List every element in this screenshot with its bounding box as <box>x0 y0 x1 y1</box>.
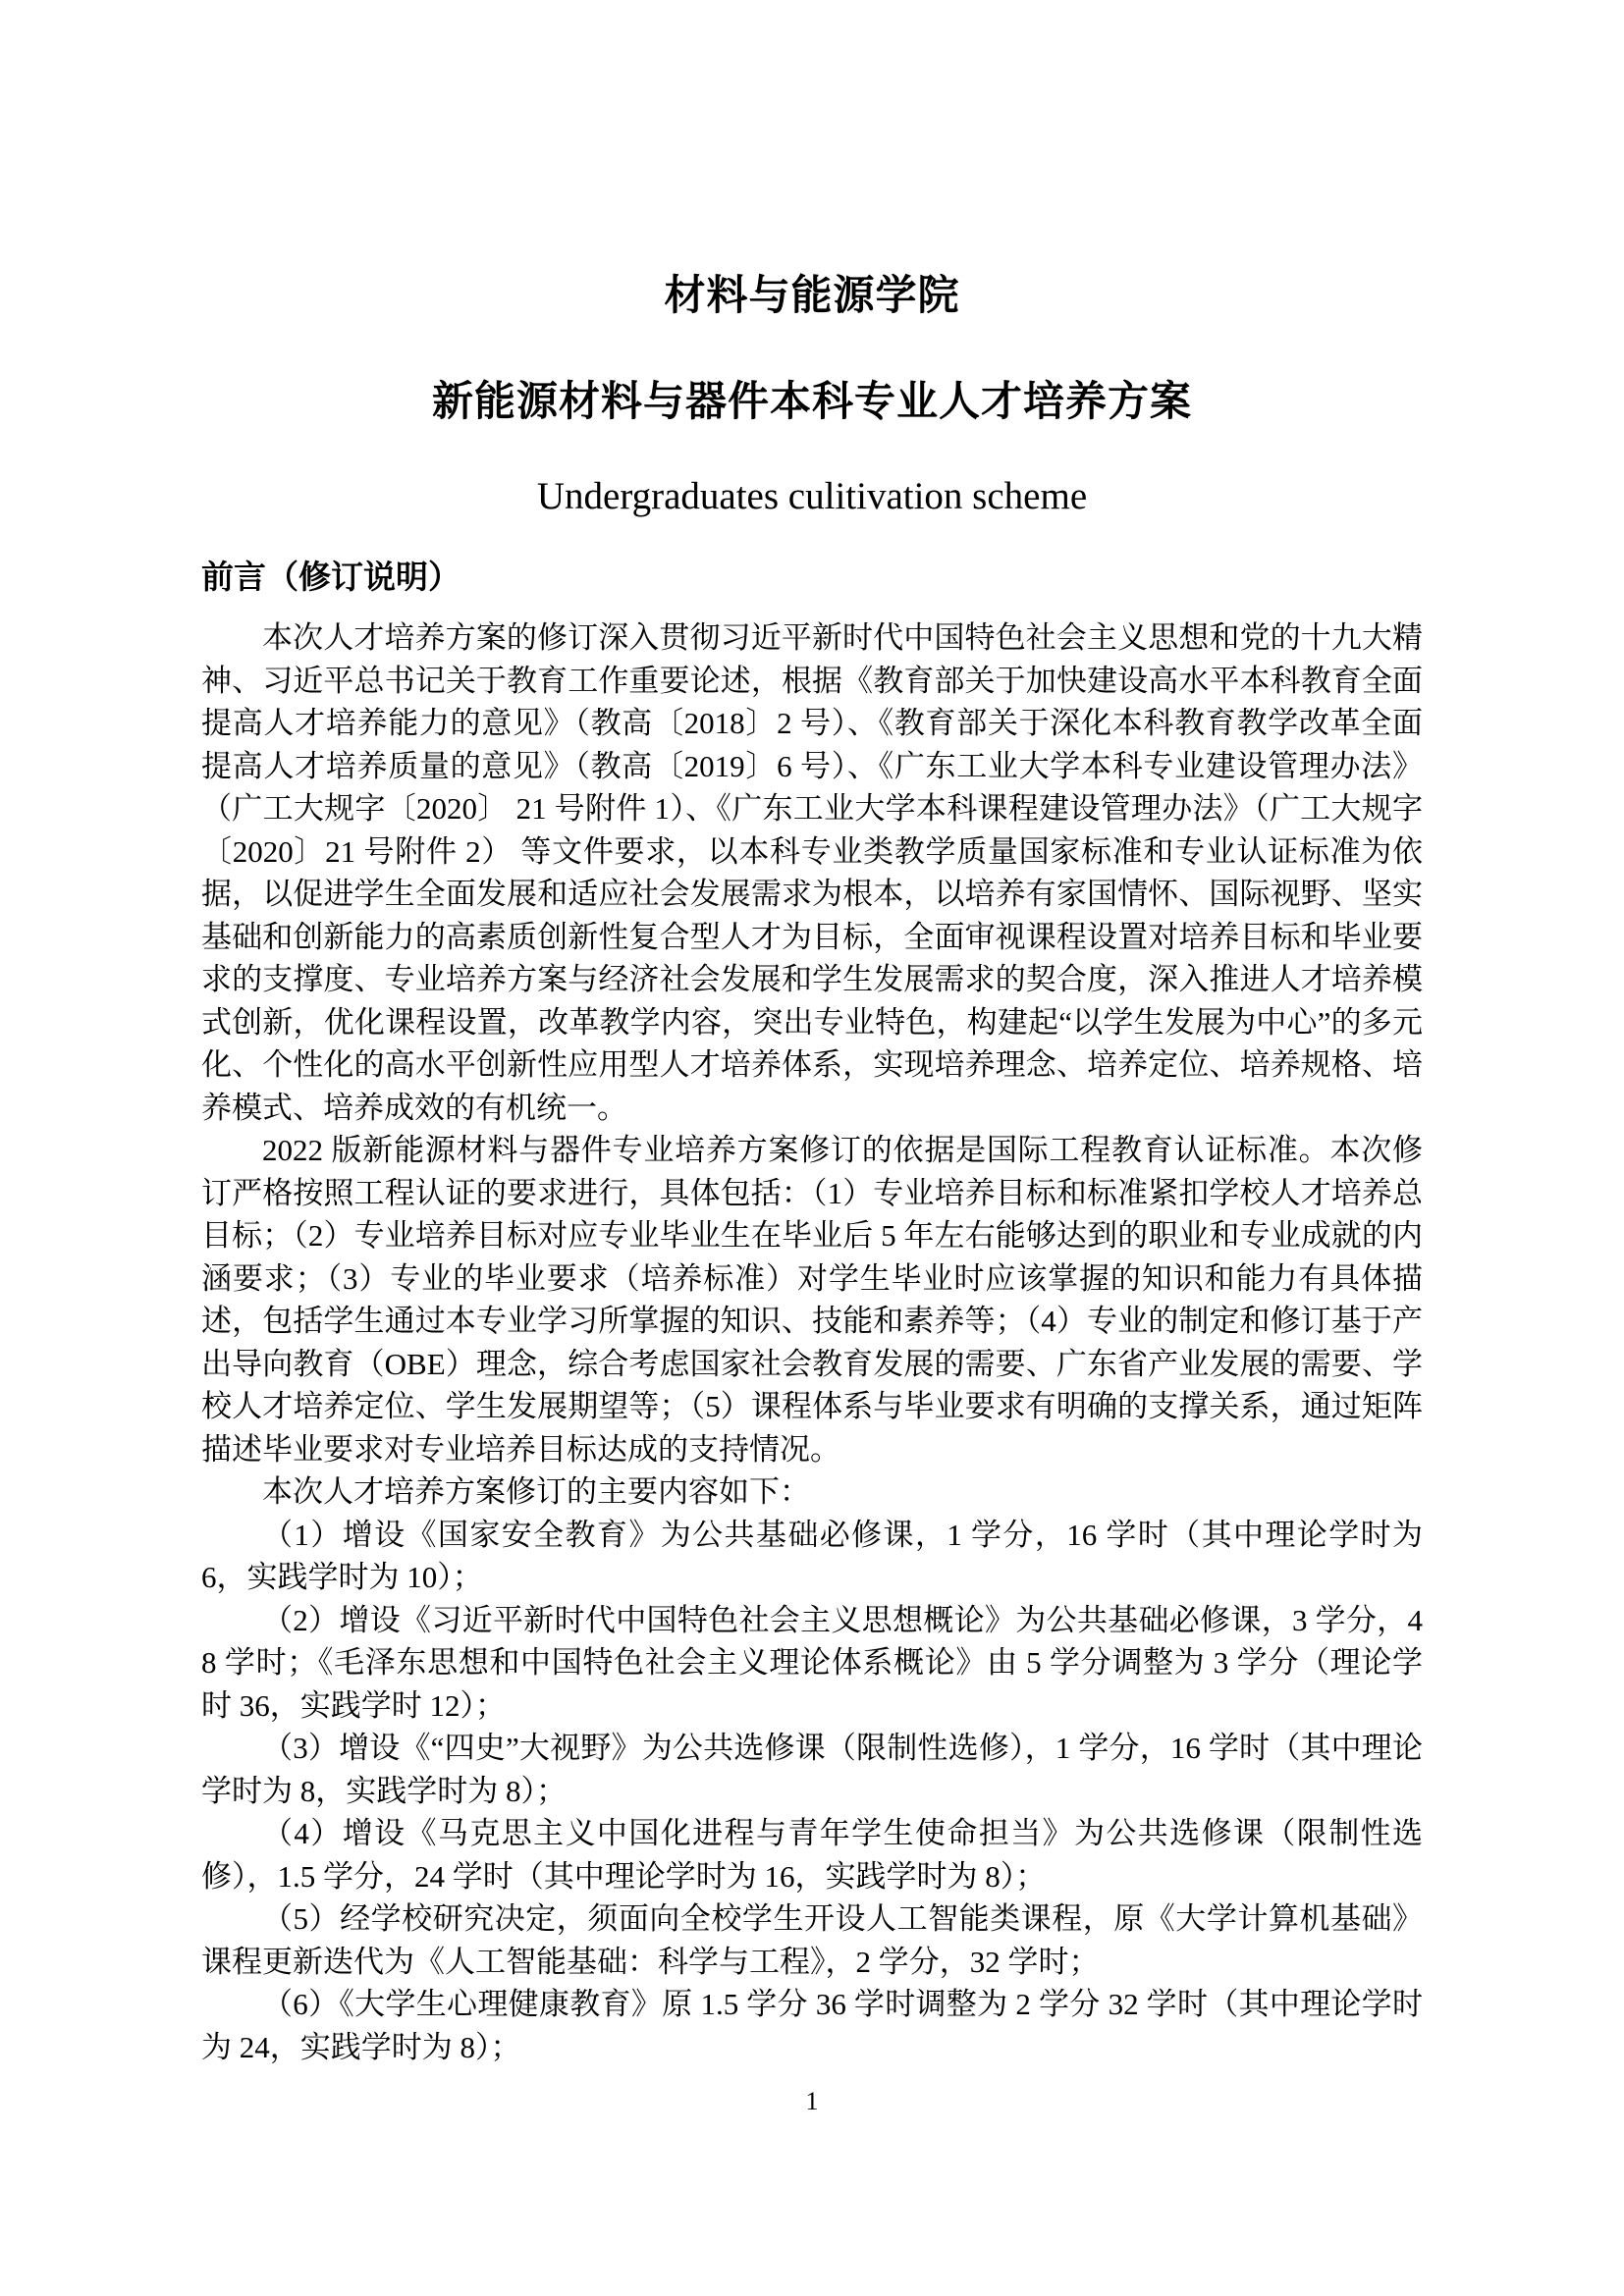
college-title: 材料与能源学院 <box>201 273 1423 318</box>
page-number: 1 <box>0 2089 1624 2114</box>
paragraph-item-2: （2）增设《习近平新时代中国特色社会主义思想概论》为公共基础必修课，3 学分，4… <box>201 1599 1423 1728</box>
paragraph-item-3: （3）增设《“四史”大视野》为公共选修课（限制性选修），1 学分，16 学时（其… <box>201 1727 1423 1812</box>
paragraph-item-1: （1）增设《国家安全教育》为公共基础必修课，1 学分，16 学时（其中理论学时为… <box>201 1514 1423 1599</box>
paragraph-2022-basis: 2022 版新能源材料与器件专业培养方案修订的依据是国际工程教育认证标准。本次修… <box>201 1129 1423 1470</box>
paragraph-intro: 本次人才培养方案的修订深入贯彻习近平新时代中国特色社会主义思想和党的十九大精神、… <box>201 616 1423 1129</box>
paragraph-item-4: （4）增设《马克思主义中国化进程与青年学生使命担当》为公共选修课（限制性选修），… <box>201 1812 1423 1897</box>
document-page: 材料与能源学院 新能源材料与器件本科专业人才培养方案 Undergraduate… <box>0 0 1624 2296</box>
paragraph-main-content: 本次人才培养方案修订的主要内容如下： <box>201 1470 1423 1514</box>
paragraph-item-6: （6）《大学生心理健康教育》原 1.5 学分 36 学时调整为 2 学分 32 … <box>201 1983 1423 2068</box>
english-subtitle: Undergraduates culitivation scheme <box>201 473 1423 521</box>
foreword-heading: 前言（修订说明） <box>201 557 1423 599</box>
program-title: 新能源材料与器件本科专业人才培养方案 <box>201 379 1423 424</box>
paragraph-item-5: （5）经学校研究决定，须面向全校学生开设人工智能类课程，原《大学计算机基础》课程… <box>201 1897 1423 1983</box>
foreword-body: 本次人才培养方案的修订深入贯彻习近平新时代中国特色社会主义思想和党的十九大精神、… <box>201 616 1423 2068</box>
